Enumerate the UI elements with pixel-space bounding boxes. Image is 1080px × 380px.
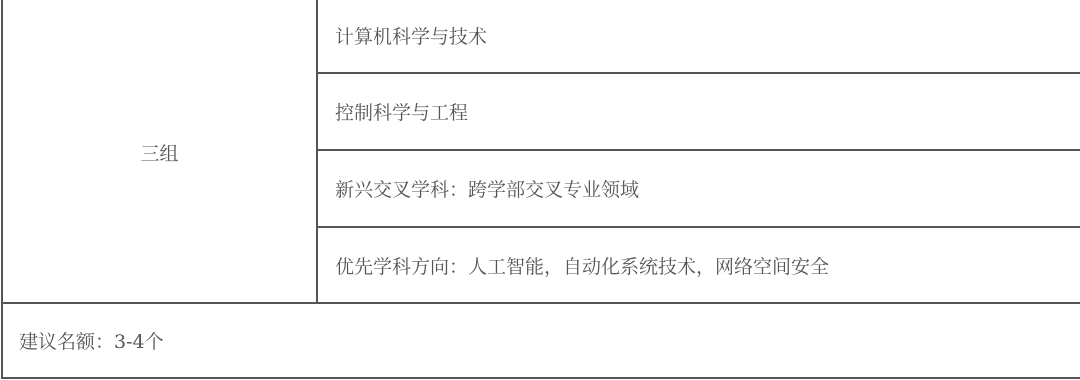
group-label: 三组: [140, 139, 178, 166]
subject-text: 计算机科学与技术: [335, 22, 487, 49]
group-cell: 三组: [3, 0, 318, 302]
quota-text: 建议名额：3-4个: [19, 327, 164, 354]
subject-row: 控制科学与工程: [318, 74, 1080, 151]
subject-rows: 计算机科学与技术 控制科学与工程 新兴交叉学科：跨学部交叉专业领域 优先学科方向…: [318, 0, 1080, 302]
subject-row: 计算机科学与技术: [318, 0, 1080, 74]
subject-row: 优先学科方向：人工智能，自动化系统技术，网络空间安全: [318, 228, 1080, 302]
subject-row: 新兴交叉学科：跨学部交叉专业领域: [318, 151, 1080, 228]
subject-group-table: 三组 计算机科学与技术 控制科学与工程 新兴交叉学科：跨学部交叉专业领域 优先学…: [1, 0, 1080, 379]
quota-row: 建议名额：3-4个: [3, 302, 1080, 377]
subject-text: 控制科学与工程: [335, 98, 468, 125]
subject-text: 新兴交叉学科：跨学部交叉专业领域: [335, 175, 639, 202]
subject-text: 优先学科方向：人工智能，自动化系统技术，网络空间安全: [335, 252, 829, 279]
